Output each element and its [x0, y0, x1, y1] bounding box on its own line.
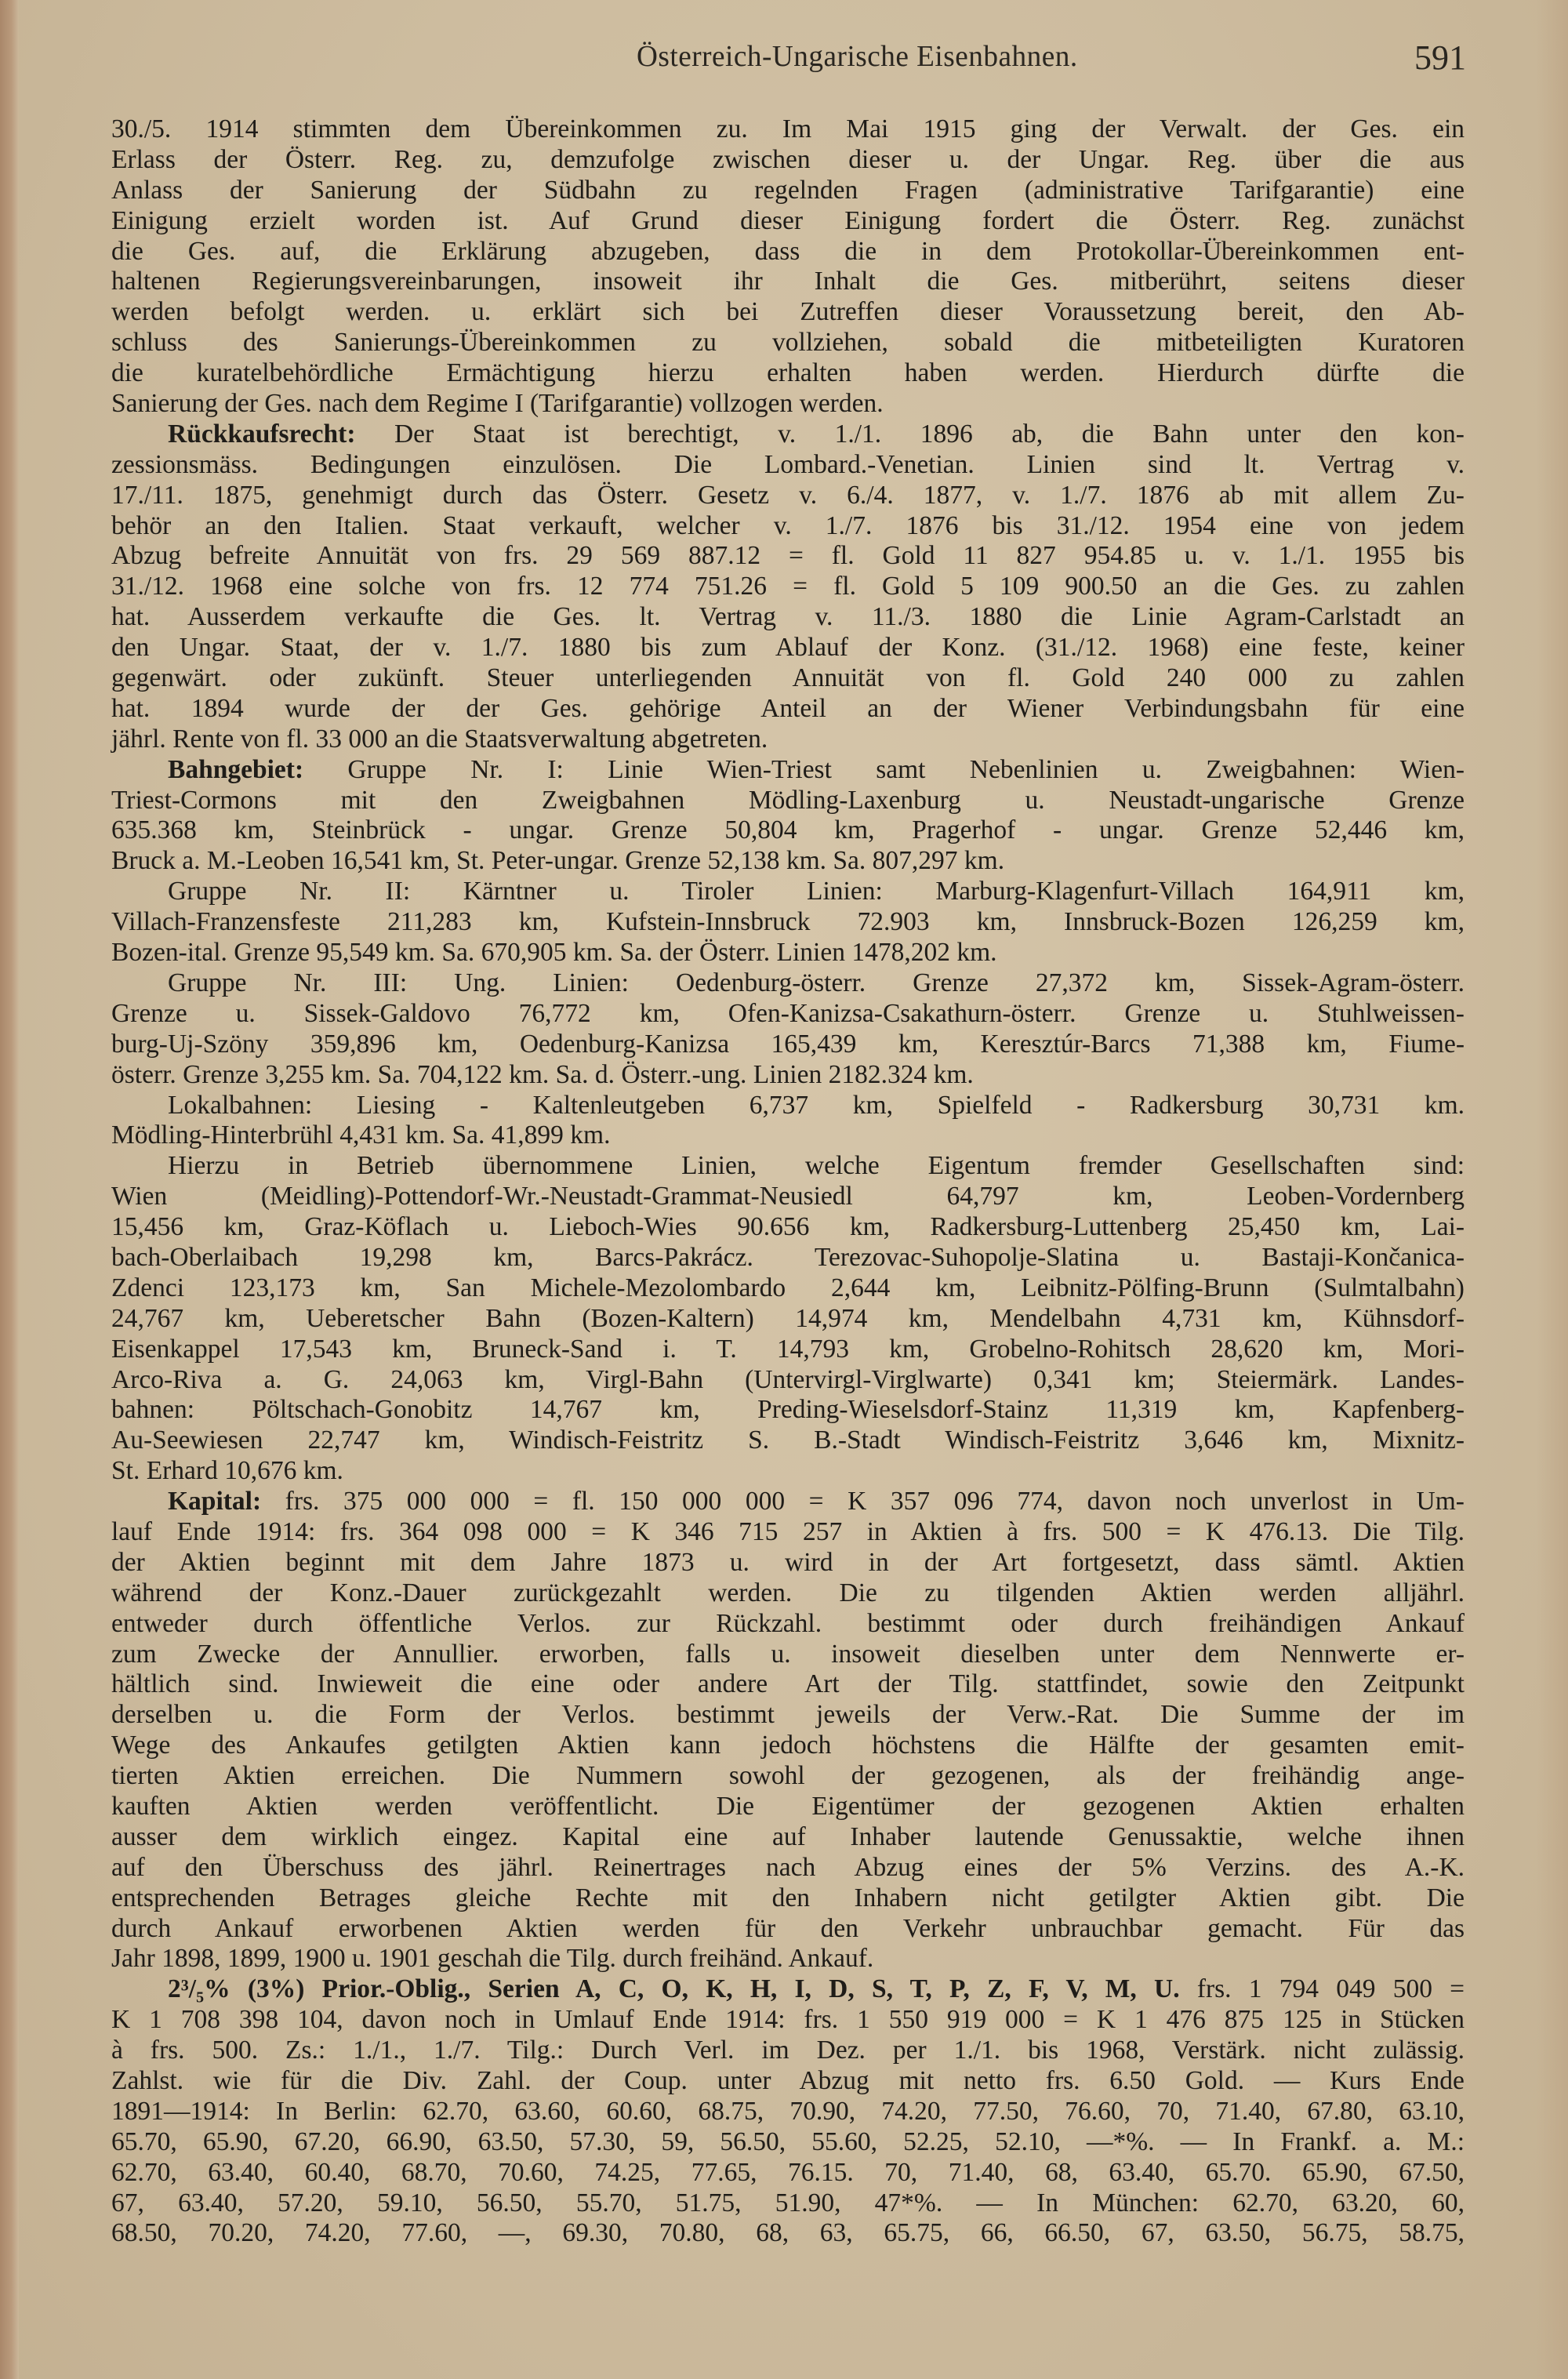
text-line: bach-Oberlaibach 19,298 km, Barcs-Pakrác… [111, 1243, 1465, 1273]
text-line: 635.368 km, Steinbrück - ungar. Grenze 5… [111, 815, 1465, 846]
text-line: Triest-Cormons mit den Zweigbahnen Mödli… [111, 786, 1465, 816]
text-line: Erlass der Österr. Reg. zu, demzufolge z… [111, 145, 1465, 176]
page-gutter-shadow [0, 0, 19, 2379]
text-line: Sanierung der Ges. nach dem Regime I (Ta… [111, 389, 1465, 420]
heading-line-rest: frs. 1 794 049 500 = [1180, 1974, 1465, 2003]
text-line: haltenen Regierungsvereinbarungen, insow… [111, 267, 1465, 297]
text-line: Grenze u. Sissek-Galdovo 76,772 km, Ofen… [111, 999, 1465, 1030]
text-line: zum Zwecke der Annullier. erworben, fall… [111, 1640, 1465, 1670]
heading-line-rest: Gruppe Nr. I: Linie Wien-Triest samt Neb… [303, 755, 1465, 784]
text-line: hat. 1894 wurde der der Ges. gehörige An… [111, 694, 1465, 725]
paragraph-gruppe-3: Gruppe Nr. III: Ung. Linien: Oedenburg-ö… [111, 968, 1465, 1091]
text-line: Bozen-ital. Grenze 95,549 km. Sa. 670,90… [111, 938, 1465, 968]
book-page: Österreich-Ungarische Eisenbahnen. 591 3… [0, 0, 1568, 2379]
section-heading-prior-oblig: 2³/₅% (3%) Prior.-Oblig., Serien A, C, O… [168, 1974, 1180, 2003]
text-line: entweder durch öffentliche Verlos. zur R… [111, 1609, 1465, 1640]
page-number: 591 [1414, 38, 1466, 78]
text-line: zessionsmäss. Bedingungen einzulösen. Di… [111, 450, 1465, 481]
text-line: Einigung erzielt worden ist. Auf Grund d… [111, 206, 1465, 237]
paragraph-sanierung: 30./5. 1914 stimmten dem Übereinkommen z… [111, 114, 1465, 420]
text-line: österr. Grenze 3,255 km. Sa. 704,122 km.… [111, 1060, 1465, 1091]
text-line: Mödling-Hinterbrühl 4,431 km. Sa. 41,899… [111, 1120, 1465, 1151]
text-line: behör an den Italien. Staat verkauft, we… [111, 511, 1465, 542]
text-line: Au-Seewiesen 22,747 km, Windisch-Feistri… [111, 1426, 1465, 1456]
text-line: 1891—1914: In Berlin: 62.70, 63.60, 60.6… [111, 2097, 1465, 2127]
text-line: Wege des Ankaufes getilgten Aktien kann … [111, 1731, 1465, 1761]
running-head: Österreich-Ungarische Eisenbahnen. 591 [110, 39, 1466, 78]
text-line: Gruppe Nr. III: Ung. Linien: Oedenburg-ö… [111, 968, 1465, 999]
text-line: 65.70, 65.90, 67.20, 66.90, 63.50, 57.30… [111, 2127, 1465, 2158]
text-line: bahnen: Pöltschach-Gonobitz 14,767 km, P… [111, 1395, 1465, 1426]
text-line: à frs. 500. Zs.: 1./1., 1./7. Tilg.: Dur… [111, 2036, 1465, 2066]
page-edge-shadow [1537, 0, 1568, 2379]
text-line: auf den Überschuss des jährl. Reinertrag… [111, 1853, 1465, 1883]
paragraph-fremde-linien: Hierzu in Betrieb übernommene Linien, we… [111, 1151, 1465, 1487]
paragraph-rueckkaufsrecht: Rückkaufsrecht: Der Staat ist berechtigt… [111, 420, 1465, 755]
text-line: die kuratelbehördliche Ermächtigung hier… [111, 358, 1465, 389]
text-line: 62.70, 63.40, 60.40, 68.70, 70.60, 74.25… [111, 2158, 1465, 2188]
text-line: werden befolgt werden. u. erklärt sich b… [111, 297, 1465, 328]
text-line: ausser dem wirklich eingez. Kapital eine… [111, 1822, 1465, 1853]
text-line: 2³/₅% (3%) Prior.-Oblig., Serien A, C, O… [111, 1974, 1465, 2005]
text-line: der Aktien beginnt mit dem Jahre 1873 u.… [111, 1548, 1465, 1578]
text-line: Zahlst. wie für die Div. Zahl. der Coup.… [111, 2066, 1465, 2097]
text-line: Rückkaufsrecht: Der Staat ist berechtigt… [111, 420, 1465, 450]
text-line: Abzug befreite Annuität von frs. 29 569 … [111, 541, 1465, 572]
text-line: Wien (Meidling)-Pottendorf-Wr.-Neustadt-… [111, 1182, 1465, 1212]
text-line: Lokalbahnen: Liesing - Kaltenleutgeben 6… [111, 1091, 1465, 1121]
running-title: Österreich-Ungarische Eisenbahnen. [637, 39, 1078, 74]
text-line: Gruppe Nr. II: Kärntner u. Tiroler Linie… [111, 877, 1465, 907]
text-line: K 1 708 398 104, davon noch in Umlauf En… [111, 2005, 1465, 2036]
text-line: 31./12. 1968 eine solche von frs. 12 774… [111, 572, 1465, 602]
text-line: entsprechenden Betrages gleiche Rechte m… [111, 1883, 1465, 1914]
text-line: die Ges. auf, die Erklärung abzugeben, d… [111, 237, 1465, 267]
section-heading-bahngebiet: Bahngebiet: [168, 755, 303, 784]
section-heading-rueckkaufsrecht: Rückkaufsrecht: [168, 420, 355, 449]
text-line: Bruck a. M.-Leoben 16,541 km, St. Peter-… [111, 846, 1465, 877]
text-line: 68.50, 70.20, 74.20, 77.60, —, 69.30, 70… [111, 2218, 1465, 2249]
text-line: Kapital: frs. 375 000 000 = fl. 150 000 … [111, 1487, 1465, 1517]
text-line: jährl. Rente von fl. 33 000 an die Staat… [111, 725, 1465, 755]
text-line: Zdenci 123,173 km, San Michele-Mezolomba… [111, 1273, 1465, 1304]
text-line: gegenwärt. oder zukünft. Steuer unterlie… [111, 663, 1465, 694]
text-line: Villach-Franzensfeste 211,283 km, Kufste… [111, 907, 1465, 938]
text-line: durch Ankauf erworbenen Aktien werden fü… [111, 1914, 1465, 1945]
text-line: burg-Uj-Szöny 359,896 km, Oedenburg-Kani… [111, 1030, 1465, 1060]
text-line: schluss des Sanierungs-Übereinkommen zu … [111, 328, 1465, 358]
text-line: den Ungar. Staat, der v. 1./7. 1880 bis … [111, 633, 1465, 663]
text-line: Bahngebiet: Gruppe Nr. I: Linie Wien-Tri… [111, 755, 1465, 786]
paragraph-lokalbahnen: Lokalbahnen: Liesing - Kaltenleutgeben 6… [111, 1091, 1465, 1152]
text-line: 17./11. 1875, genehmigt durch das Österr… [111, 481, 1465, 511]
text-line: 30./5. 1914 stimmten dem Übereinkommen z… [111, 114, 1465, 145]
text-line: kauften Aktien werden veröffentlicht. Di… [111, 1792, 1465, 1822]
text-line: Arco-Riva a. G. 24,063 km, Virgl-Bahn (U… [111, 1365, 1465, 1396]
text-line: lauf Ende 1914: frs. 364 098 000 = K 346… [111, 1517, 1465, 1548]
text-line: 15,456 km, Graz-Köflach u. Lieboch-Wies … [111, 1212, 1465, 1243]
text-line: 24,767 km, Ueberetscher Bahn (Bozen-Kalt… [111, 1304, 1465, 1335]
paragraph-bahngebiet: Bahngebiet: Gruppe Nr. I: Linie Wien-Tri… [111, 755, 1465, 877]
heading-line-rest: frs. 375 000 000 = fl. 150 000 000 = K 3… [261, 1487, 1465, 1516]
text-line: 67, 63.40, 57.20, 59.10, 56.50, 55.70, 5… [111, 2188, 1465, 2219]
page-body: 30./5. 1914 stimmten dem Übereinkommen z… [111, 114, 1465, 2249]
text-line: tierten Aktien erreichen. Die Nummern so… [111, 1761, 1465, 1792]
text-line: Jahr 1898, 1899, 1900 u. 1901 geschah di… [111, 1944, 1465, 1974]
section-heading-kapital: Kapital: [168, 1487, 261, 1516]
paragraph-prior-oblig: 2³/₅% (3%) Prior.-Oblig., Serien A, C, O… [111, 1974, 1465, 2249]
paragraph-gruppe-2: Gruppe Nr. II: Kärntner u. Tiroler Linie… [111, 877, 1465, 968]
text-line: während der Konz.-Dauer zurückgezahlt we… [111, 1578, 1465, 1609]
text-line: Anlass der Sanierung der Südbahn zu rege… [111, 176, 1465, 206]
paragraph-kapital: Kapital: frs. 375 000 000 = fl. 150 000 … [111, 1487, 1465, 1974]
text-line: hat. Ausserdem verkaufte die Ges. lt. Ve… [111, 602, 1465, 633]
text-line: hältlich sind. Inwieweit die eine oder a… [111, 1669, 1465, 1700]
text-line: Hierzu in Betrieb übernommene Linien, we… [111, 1151, 1465, 1182]
heading-line-rest: Der Staat ist berechtigt, v. 1./1. 1896 … [355, 420, 1464, 449]
text-line: St. Erhard 10,676 km. [111, 1456, 1465, 1487]
text-line: derselben u. die Form der Verlos. bestim… [111, 1700, 1465, 1731]
text-line: Eisenkappel 17,543 km, Bruneck-Sand i. T… [111, 1335, 1465, 1365]
